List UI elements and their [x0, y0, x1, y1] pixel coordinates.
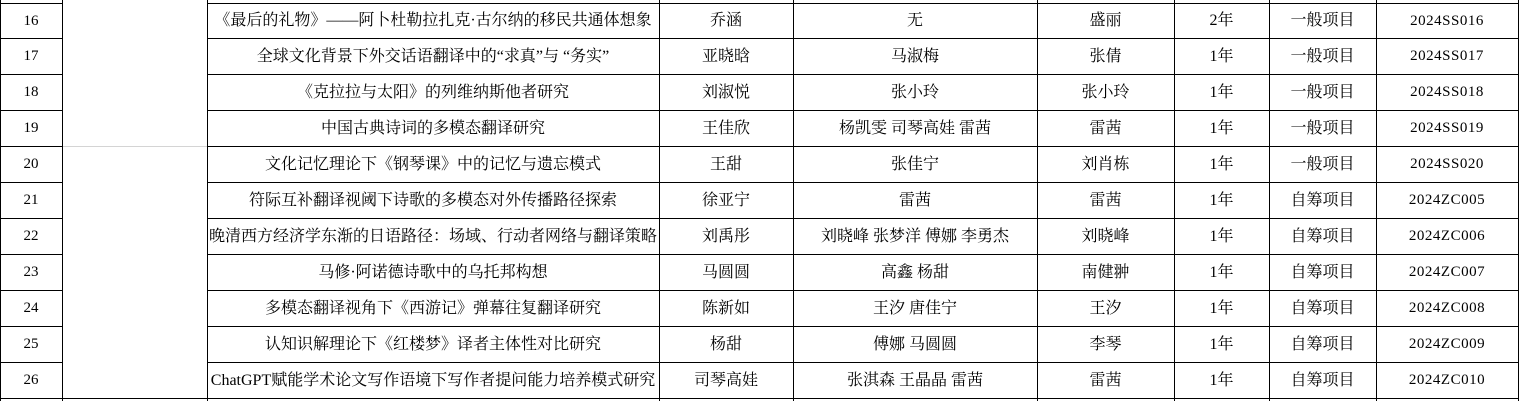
- project-id-cell[interactable]: 2024ZC008: [1376, 291, 1518, 327]
- row-number-cell[interactable]: 24: [0, 291, 62, 327]
- leader-cell[interactable]: 王佳欣: [659, 111, 793, 147]
- members-cell[interactable]: 马淑梅: [793, 39, 1037, 75]
- advisor-cell[interactable]: 王汐: [1037, 291, 1174, 327]
- row-number-cell[interactable]: 21: [0, 183, 62, 219]
- leader-cell[interactable]: 乔涵: [659, 3, 793, 39]
- leader-cell[interactable]: 刘禹彤: [659, 219, 793, 255]
- duration-cell[interactable]: 1年: [1174, 255, 1269, 291]
- grid-vertical-line: [62, 0, 63, 401]
- leader-cell[interactable]: 刘淑悦: [659, 75, 793, 111]
- row-number-cell[interactable]: 23: [0, 255, 62, 291]
- members-cell[interactable]: 张淇森 王晶晶 雷茜: [793, 363, 1037, 399]
- members-cell[interactable]: 刘晓峰 张梦洋 傅娜 李勇杰: [793, 219, 1037, 255]
- advisor-cell[interactable]: 雷茜: [1037, 183, 1174, 219]
- project-title-cell[interactable]: 《克拉拉与太阳》的列维纳斯他者研究: [207, 75, 659, 111]
- members-cell[interactable]: 张佳宁: [793, 147, 1037, 183]
- project-title-cell[interactable]: 多模态翻译视角下《西游记》弹幕往复翻译研究: [207, 291, 659, 327]
- advisor-cell[interactable]: 南健翀: [1037, 255, 1174, 291]
- project-title-cell[interactable]: 认知识解理论下《红楼梦》译者主体性对比研究: [207, 327, 659, 363]
- grid-vertical-line: [1269, 0, 1270, 401]
- duration-cell[interactable]: 1年: [1174, 363, 1269, 399]
- merged-cell-gridline: [62, 146, 207, 147]
- project-id-cell[interactable]: 2024SS017: [1376, 39, 1518, 75]
- leader-cell[interactable]: 马圆圆: [659, 255, 793, 291]
- row-number-cell[interactable]: 26: [0, 363, 62, 399]
- project-type-cell[interactable]: 一般项目: [1269, 39, 1376, 75]
- duration-cell[interactable]: 1年: [1174, 219, 1269, 255]
- advisor-cell[interactable]: 刘肖栋: [1037, 147, 1174, 183]
- duration-cell[interactable]: 1年: [1174, 291, 1269, 327]
- project-list-spreadsheet: 16《最后的礼物》——阿卜杜勒拉扎克·古尔纳的移民共通体想象乔涵无盛丽2年一般项…: [0, 0, 1521, 401]
- project-title-cell[interactable]: 晚清西方经济学东渐的日语路径：场域、行动者网络与翻译策略: [207, 219, 659, 255]
- project-type-cell[interactable]: 一般项目: [1269, 111, 1376, 147]
- members-cell[interactable]: 无: [793, 3, 1037, 39]
- project-type-cell[interactable]: 自筹项目: [1269, 291, 1376, 327]
- row-number-cell[interactable]: 17: [0, 39, 62, 75]
- project-type-cell[interactable]: 自筹项目: [1269, 255, 1376, 291]
- project-id-cell[interactable]: 2024ZC006: [1376, 219, 1518, 255]
- project-title-cell[interactable]: ChatGPT赋能学术论文写作语境下写作者提问能力培养模式研究: [207, 363, 659, 399]
- members-cell[interactable]: 张小玲: [793, 75, 1037, 111]
- leader-cell[interactable]: 亚晓晗: [659, 39, 793, 75]
- project-type-cell[interactable]: 一般项目: [1269, 3, 1376, 39]
- project-type-cell[interactable]: 一般项目: [1269, 147, 1376, 183]
- row-number-cell[interactable]: 20: [0, 147, 62, 183]
- duration-cell[interactable]: 1年: [1174, 111, 1269, 147]
- row-number-cell[interactable]: 25: [0, 327, 62, 363]
- project-id-cell[interactable]: 2024SS019: [1376, 111, 1518, 147]
- duration-cell[interactable]: 1年: [1174, 39, 1269, 75]
- project-id-cell[interactable]: 2024ZC005: [1376, 183, 1518, 219]
- members-cell[interactable]: 高鑫 杨甜: [793, 255, 1037, 291]
- project-title-cell[interactable]: 全球文化背景下外交话语翻译中的“求真”与 “务实”: [207, 39, 659, 75]
- project-type-cell[interactable]: 自筹项目: [1269, 183, 1376, 219]
- project-id-cell[interactable]: 2024ZC010: [1376, 363, 1518, 399]
- row-number-cell[interactable]: 16: [0, 3, 62, 39]
- leader-cell[interactable]: 司琴高娃: [659, 363, 793, 399]
- grid-vertical-line: [1518, 0, 1519, 401]
- leader-cell[interactable]: 王甜: [659, 147, 793, 183]
- grid-vertical-line: [1037, 0, 1038, 401]
- duration-cell[interactable]: 1年: [1174, 183, 1269, 219]
- grid-vertical-line: [1174, 0, 1175, 401]
- members-cell[interactable]: 雷茜: [793, 183, 1037, 219]
- project-id-cell[interactable]: 2024ZC009: [1376, 327, 1518, 363]
- duration-cell[interactable]: 1年: [1174, 147, 1269, 183]
- merged-category-cell[interactable]: [62, 3, 207, 399]
- advisor-cell[interactable]: 张小玲: [1037, 75, 1174, 111]
- advisor-cell[interactable]: 雷茜: [1037, 111, 1174, 147]
- project-title-cell[interactable]: 中国古典诗词的多模态翻译研究: [207, 111, 659, 147]
- grid-vertical-line: [207, 0, 208, 401]
- project-title-cell[interactable]: 文化记忆理论下《钢琴课》中的记忆与遗忘模式: [207, 147, 659, 183]
- duration-cell[interactable]: 1年: [1174, 327, 1269, 363]
- project-title-cell[interactable]: 符际互补翻译视阈下诗歌的多模态对外传播路径探索: [207, 183, 659, 219]
- advisor-cell[interactable]: 李琴: [1037, 327, 1174, 363]
- project-title-cell[interactable]: 《最后的礼物》——阿卜杜勒拉扎克·古尔纳的移民共通体想象: [207, 3, 659, 39]
- row-number-cell[interactable]: 18: [0, 75, 62, 111]
- project-id-cell[interactable]: 2024SS020: [1376, 147, 1518, 183]
- duration-cell[interactable]: 1年: [1174, 75, 1269, 111]
- duration-cell[interactable]: 2年: [1174, 3, 1269, 39]
- project-type-cell[interactable]: 自筹项目: [1269, 363, 1376, 399]
- grid-vertical-line: [793, 0, 794, 401]
- advisor-cell[interactable]: 张倩: [1037, 39, 1174, 75]
- project-table: 16《最后的礼物》——阿卜杜勒拉扎克·古尔纳的移民共通体想象乔涵无盛丽2年一般项…: [0, 3, 1518, 399]
- advisor-cell[interactable]: 刘晓峰: [1037, 219, 1174, 255]
- leader-cell[interactable]: 徐亚宁: [659, 183, 793, 219]
- grid-vertical-line: [1376, 0, 1377, 401]
- leader-cell[interactable]: 陈新如: [659, 291, 793, 327]
- project-title-cell[interactable]: 马修·阿诺德诗歌中的乌托邦构想: [207, 255, 659, 291]
- project-type-cell[interactable]: 自筹项目: [1269, 219, 1376, 255]
- project-type-cell[interactable]: 一般项目: [1269, 75, 1376, 111]
- project-id-cell[interactable]: 2024SS018: [1376, 75, 1518, 111]
- grid-vertical-line: [659, 0, 660, 401]
- project-id-cell[interactable]: 2024ZC007: [1376, 255, 1518, 291]
- grid-vertical-line: [0, 0, 1, 401]
- project-type-cell[interactable]: 自筹项目: [1269, 327, 1376, 363]
- members-cell[interactable]: 傅娜 马圆圆: [793, 327, 1037, 363]
- row-number-cell[interactable]: 19: [0, 111, 62, 147]
- members-cell[interactable]: 杨凯雯 司琴高娃 雷茜: [793, 111, 1037, 147]
- advisor-cell[interactable]: 盛丽: [1037, 3, 1174, 39]
- advisor-cell[interactable]: 雷茜: [1037, 363, 1174, 399]
- row-number-cell[interactable]: 22: [0, 219, 62, 255]
- members-cell[interactable]: 王汐 唐佳宁: [793, 291, 1037, 327]
- project-id-cell[interactable]: 2024SS016: [1376, 3, 1518, 39]
- leader-cell[interactable]: 杨甜: [659, 327, 793, 363]
